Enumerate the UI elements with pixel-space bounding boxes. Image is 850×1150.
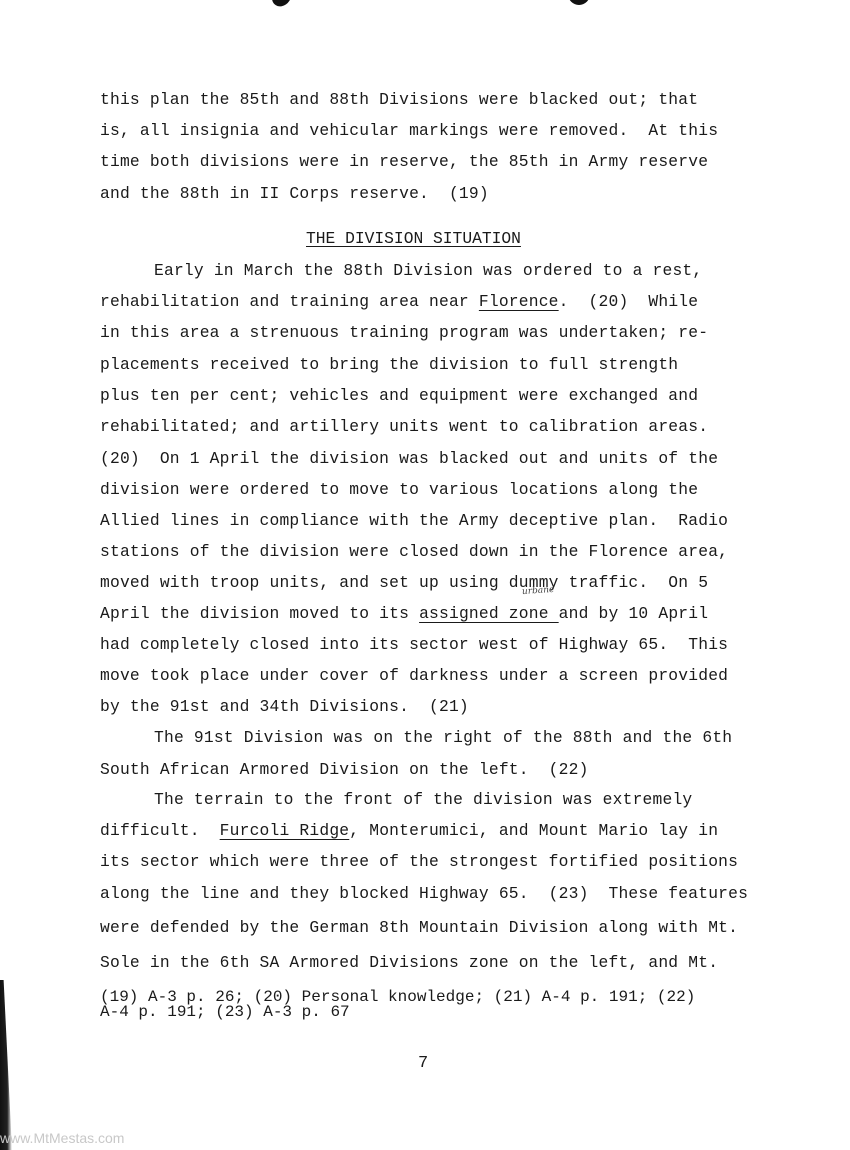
scan-artifact: [568, 0, 590, 5]
body-line: in this area a strenuous training progra…: [100, 323, 708, 343]
body-line: placements received to bring the divisio…: [100, 355, 678, 375]
body-line: this plan the 85th and 88th Divisions we…: [100, 90, 698, 110]
scan-edge-shadow: [0, 980, 12, 1150]
body-line: Allied lines in compliance with the Army…: [100, 511, 728, 531]
text: difficult.: [100, 821, 220, 840]
scan-artifact: [271, 0, 294, 8]
body-line: time both divisions were in reserve, the…: [100, 152, 708, 172]
underlined-place-florence: Florence: [479, 292, 559, 311]
body-line: Sole in the 6th SA Armored Divisions zon…: [100, 953, 718, 973]
body-line: rehabilitated; and artillery units went …: [100, 417, 708, 437]
body-line: plus ten per cent; vehicles and equipmen…: [100, 386, 698, 406]
watermark: www.MtMestas.com: [0, 1130, 124, 1146]
body-line: were defended by the German 8th Mountain…: [100, 918, 738, 938]
underlined-assigned-zone: assigned zone: [419, 604, 559, 623]
document-page: this plan the 85th and 88th Divisions we…: [0, 0, 850, 1150]
body-line: had completely closed into its sector we…: [100, 635, 728, 655]
handwritten-annotation: urbane: [522, 585, 555, 597]
body-line: South African Armored Division on the le…: [100, 760, 589, 780]
text: rehabilitation and training area near: [100, 292, 479, 311]
body-line: The terrain to the front of the division…: [154, 790, 692, 810]
body-line: move took place under cover of darkness …: [100, 666, 728, 686]
section-heading: THE DIVISION SITUATION: [306, 229, 521, 249]
text: . (20) While: [559, 292, 699, 311]
underlined-furcoli-ridge: Furcoli Ridge: [220, 821, 350, 840]
body-line: its sector which were three of the stron…: [100, 852, 738, 872]
body-line: difficult. Furcoli Ridge, Monterumici, a…: [100, 821, 718, 841]
text: , Monterumici, and Mount Mario lay in: [349, 821, 718, 840]
body-line: April the division moved to its assigned…: [100, 604, 708, 624]
body-line: by the 91st and 34th Divisions. (21): [100, 697, 469, 717]
text: April the division moved to its: [100, 604, 419, 623]
body-line: and the 88th in II Corps reserve. (19): [100, 184, 489, 204]
footnote-line: A-4 p. 191; (23) A-3 p. 67: [100, 1005, 350, 1020]
body-line: along the line and they blocked Highway …: [100, 884, 748, 904]
body-line: The 91st Division was on the right of th…: [154, 728, 732, 748]
body-line: moved with troop units, and set up using…: [100, 573, 708, 593]
body-line: stations of the division were closed dow…: [100, 542, 728, 562]
body-line: is, all insignia and vehicular markings …: [100, 121, 718, 141]
page-number: 7: [418, 1054, 428, 1074]
text: and by 10 April: [559, 604, 709, 623]
body-line: Early in March the 88th Division was ord…: [154, 261, 702, 281]
body-line: rehabilitation and training area near Fl…: [100, 292, 698, 312]
body-line: division were ordered to move to various…: [100, 480, 698, 500]
body-line: (20) On 1 April the division was blacked…: [100, 449, 718, 469]
